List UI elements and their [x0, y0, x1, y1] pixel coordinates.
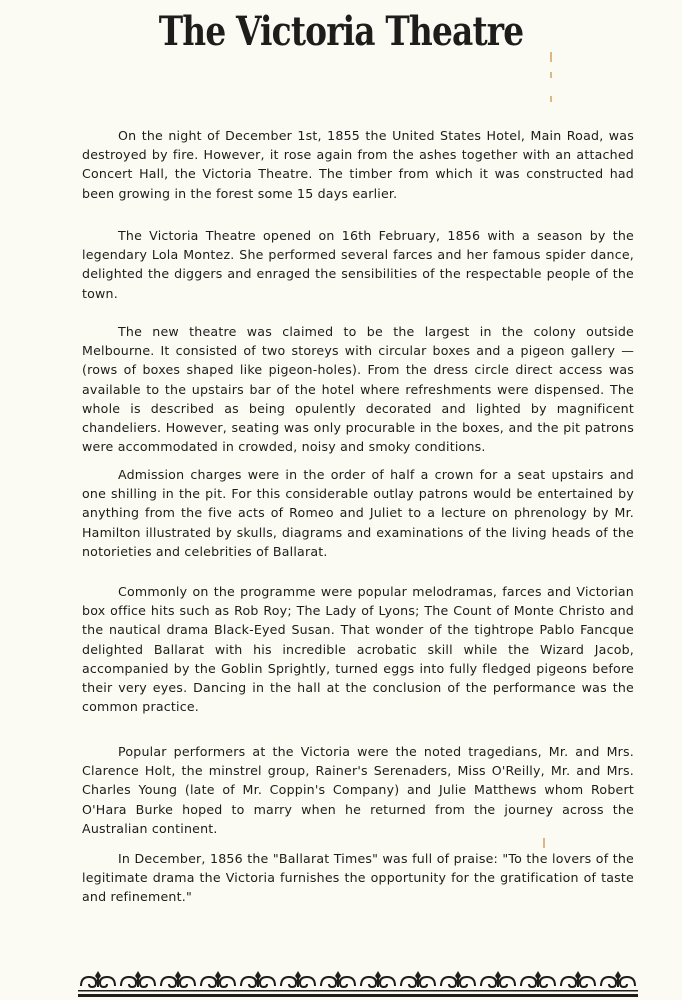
paragraph-programme: Commonly on the programme were popular m… — [82, 582, 634, 716]
paper-blemish — [543, 838, 545, 848]
paragraph-fire: On the night of December 1st, 1855 the U… — [82, 126, 634, 203]
page-title: The Victoria Theatre — [61, 8, 620, 55]
paper-blemish — [550, 72, 552, 78]
ornamental-border-icon — [78, 966, 638, 1000]
paragraph-building: The new theatre was claimed to be the la… — [82, 322, 634, 456]
paragraph-performers: Popular performers at the Victoria were … — [82, 742, 634, 838]
paragraph-opening: The Victoria Theatre opened on 16th Febr… — [82, 226, 634, 303]
paragraph-admission: Admission charges were in the order of h… — [82, 465, 634, 561]
paper-blemish — [550, 52, 552, 62]
paragraph-praise: In December, 1856 the "Ballarat Times" w… — [82, 849, 634, 907]
paper-blemish — [550, 96, 552, 102]
